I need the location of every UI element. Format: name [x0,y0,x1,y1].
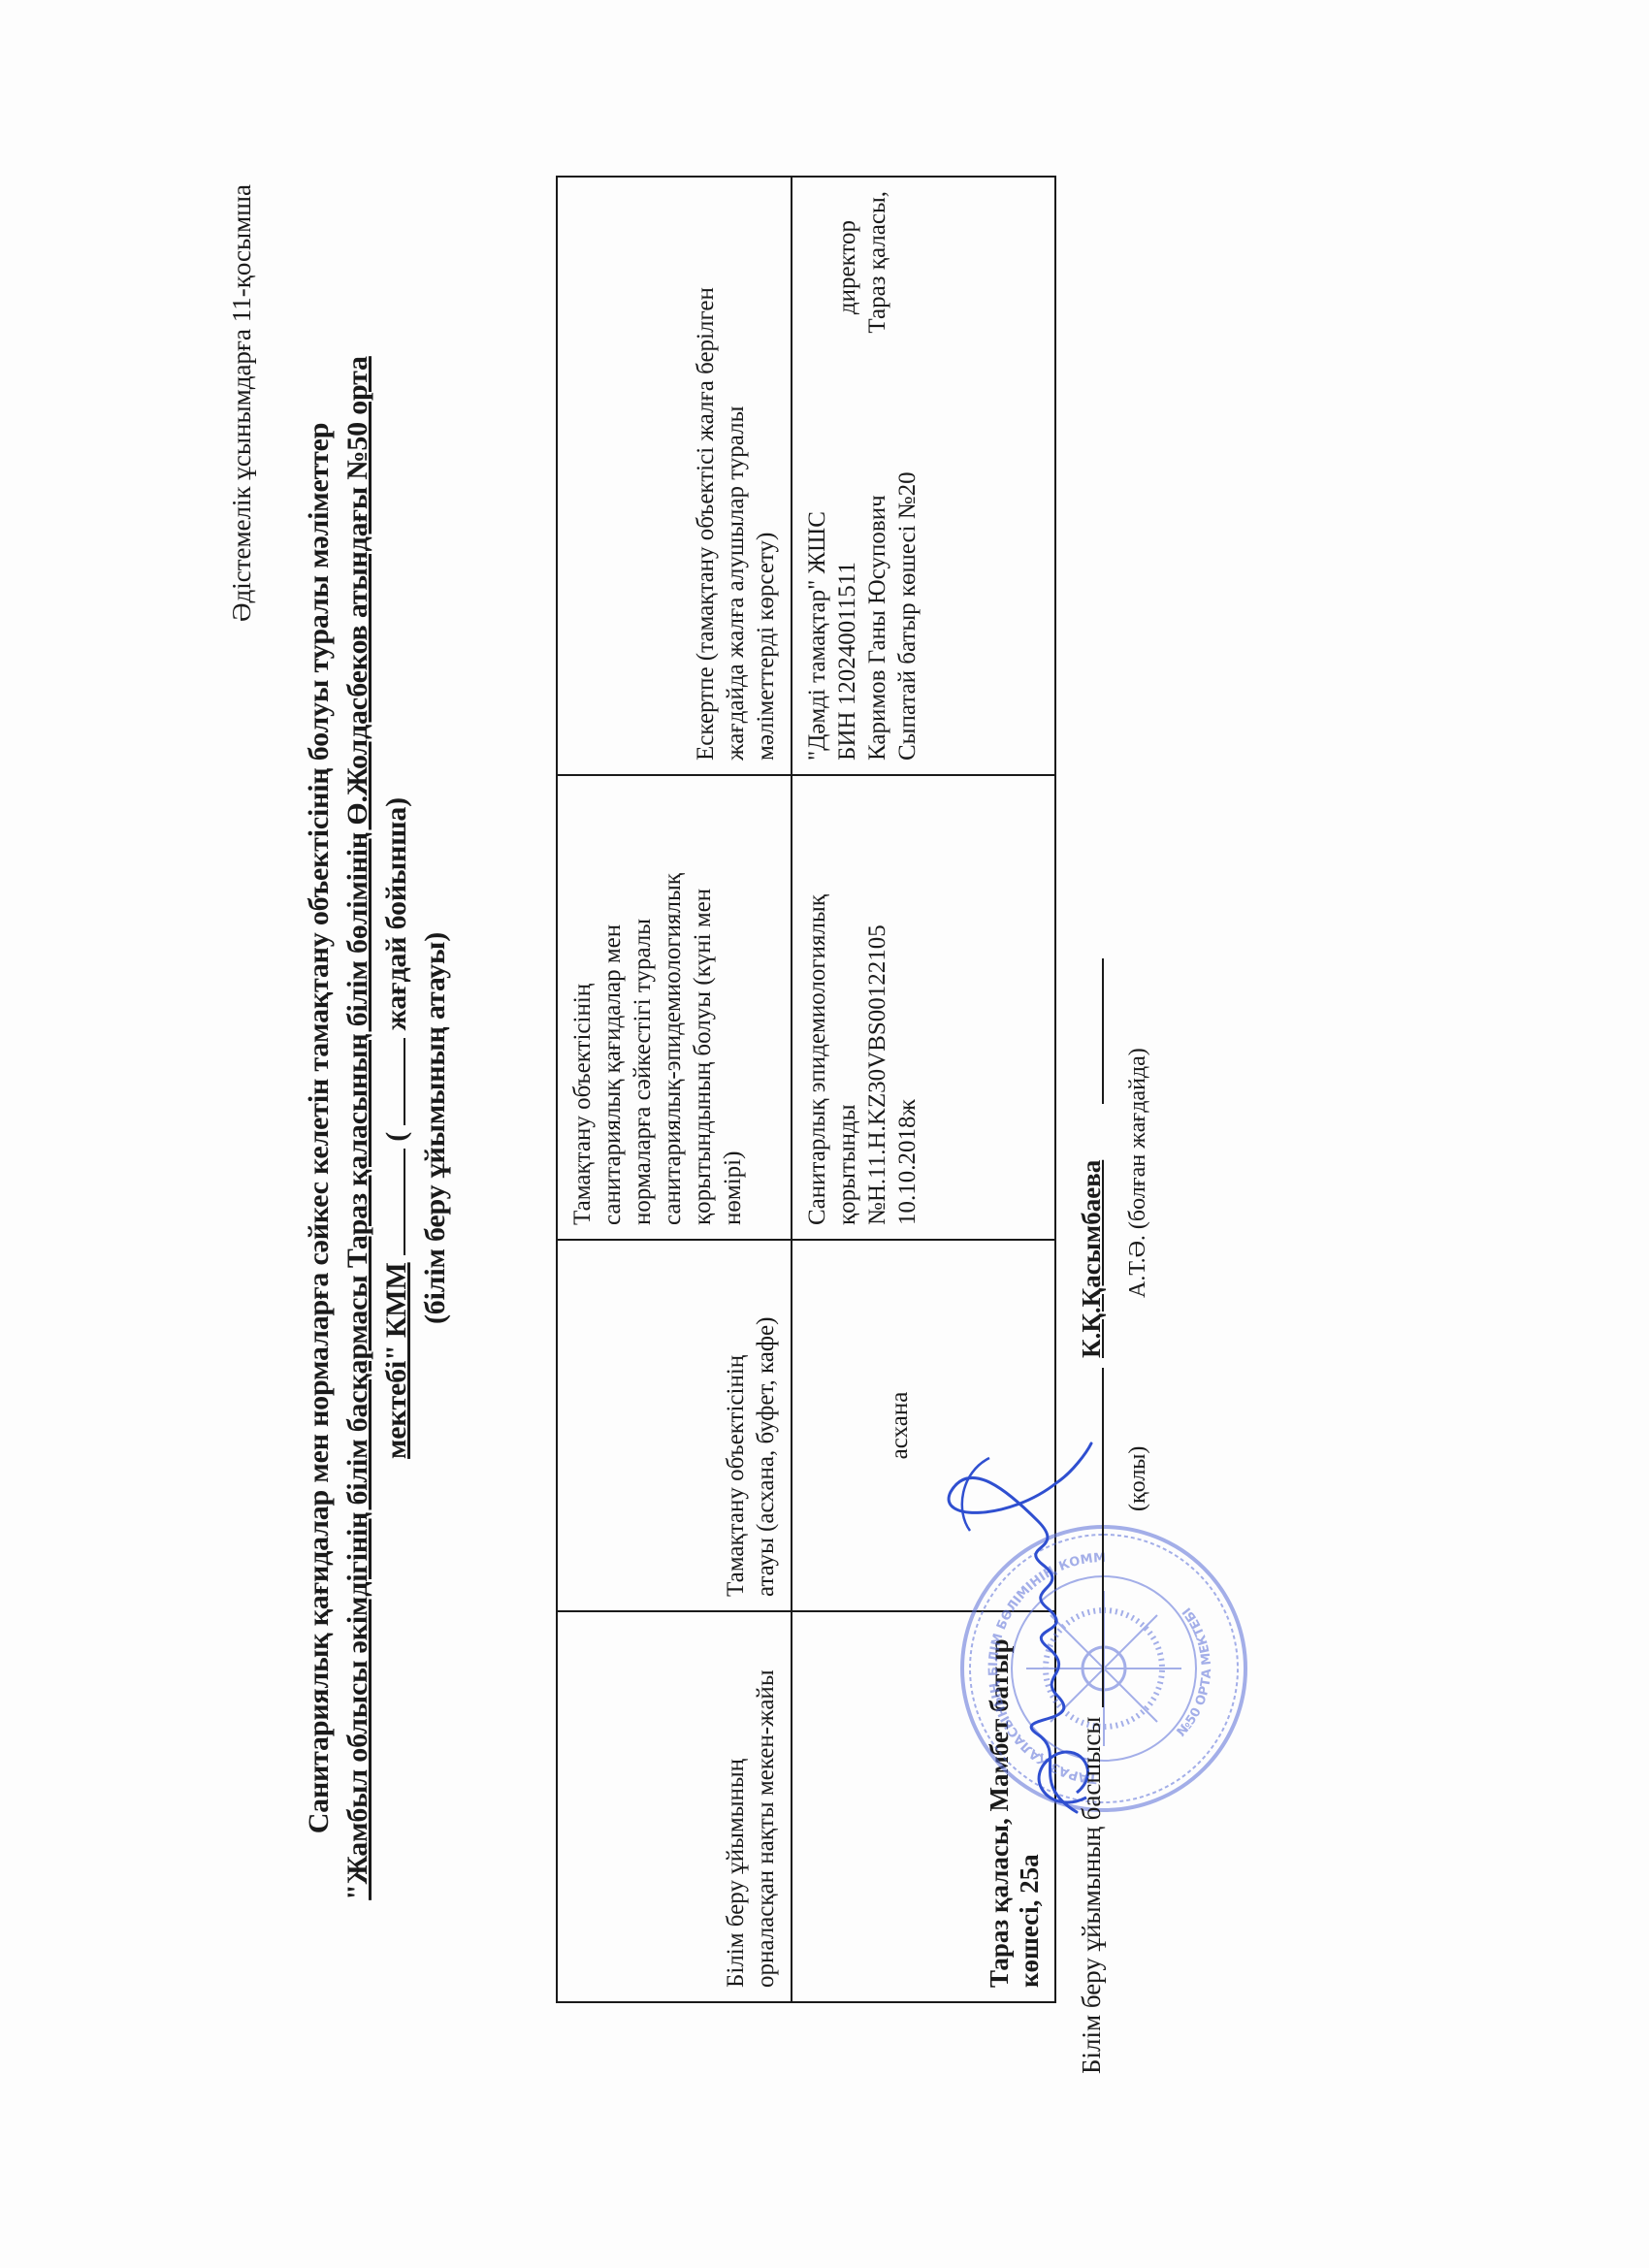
open-paren: ( [380,1132,412,1142]
appendix-note: Әдістемелік ұсынымдарға 11-қосымша [227,184,257,622]
header-address: Білім беру ұйымының орналасқан нақты мек… [557,1611,792,2002]
organization-name: мектебі" КММ [380,1262,412,1459]
header-facility-name: Тамақтану объектісінің атауы (асхана, бу… [557,1240,792,1611]
date-suffix: жағдай бойынша) [380,797,412,1030]
cell-note: "Дәмді тамақтар" ЖШС БИН 120240011511 ди… [792,177,1055,775]
date-blank-field [403,1038,405,1125]
title-line-2: "Жамбыл облысы әкімдігінің білім басқарм… [341,182,374,2074]
title-line-4: (білім беру ұйымының атауы) [419,182,452,2074]
name-line [1102,958,1104,1104]
table-header-row: Білім беру ұйымының орналасқан нақты мек… [557,177,792,2002]
cell-conclusion: Санитарлық эпидемиологиялық қорытынды №H… [792,775,1055,1240]
signatory-name: К.Қ.Қасымбаева [1077,1160,1107,1358]
signature-hint: (қолы) [1125,1446,1151,1511]
header-note: Ескертпе (тамақтану объектісі жалға бері… [557,177,792,775]
signature-block: Білім беру ұйымының басшысы К.Қ.Қасымбае… [1067,425,1183,2074]
signature-line [1102,1368,1104,1707]
name-hint: А.Т.Ә. (болған жағдайда) [1125,1048,1151,1298]
title-line-1: Санитариялық қағидалар мен нормаларға сә… [303,182,336,2074]
signature-label: Білім беру ұйымының басшысы [1077,1717,1107,2074]
document-page: Әдістемелік ұсынымдарға 11-қосымша Санит… [0,0,1649,2268]
blank-field [403,1149,405,1255]
header-conclusion: Тамақтану объектісінің санитариялық қағи… [557,775,792,1240]
title-line-3: мектебі" КММ ( жағдай бойынша) [380,182,413,2074]
